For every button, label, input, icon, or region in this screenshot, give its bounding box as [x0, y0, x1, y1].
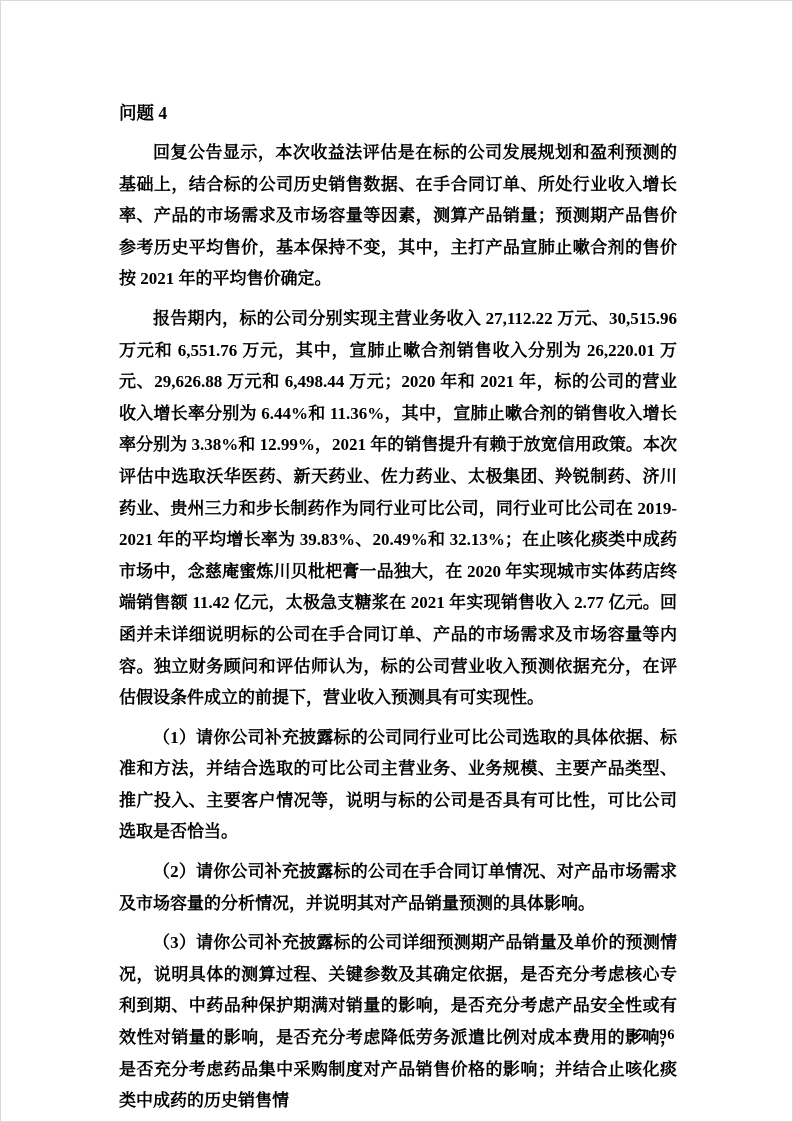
- paragraph-question-item-2: （2）请你公司补充披露标的公司在手合同订单情况、对产品市场需求及市场容量的分析情…: [119, 856, 677, 919]
- paragraph-question-item-1: （1）请你公司补充披露标的公司同行业可比公司选取的具体依据、标准和方法，并结合选…: [119, 722, 677, 848]
- page-number: 67 / 96: [631, 1027, 675, 1044]
- paragraph-valuation-overview: 回复公告显示，本次收益法评估是在标的公司发展规划和盈利预测的基础上，结合标的公司…: [119, 137, 677, 295]
- paragraph-question-item-3: （3）请你公司补充披露标的公司详细预测期产品销量及单价的预测情况，说明具体的测算…: [119, 927, 677, 1117]
- document-page: 问题 4 回复公告显示，本次收益法评估是在标的公司发展规划和盈利预测的基础上，结…: [0, 0, 793, 1122]
- document-body: 问题 4 回复公告显示，本次收益法评估是在标的公司发展规划和盈利预测的基础上，结…: [119, 97, 677, 1117]
- question-heading: 问题 4: [119, 97, 677, 129]
- paragraph-financial-data: 报告期内，标的公司分别实现主营业务收入 27,112.22 万元、30,515.…: [119, 303, 677, 714]
